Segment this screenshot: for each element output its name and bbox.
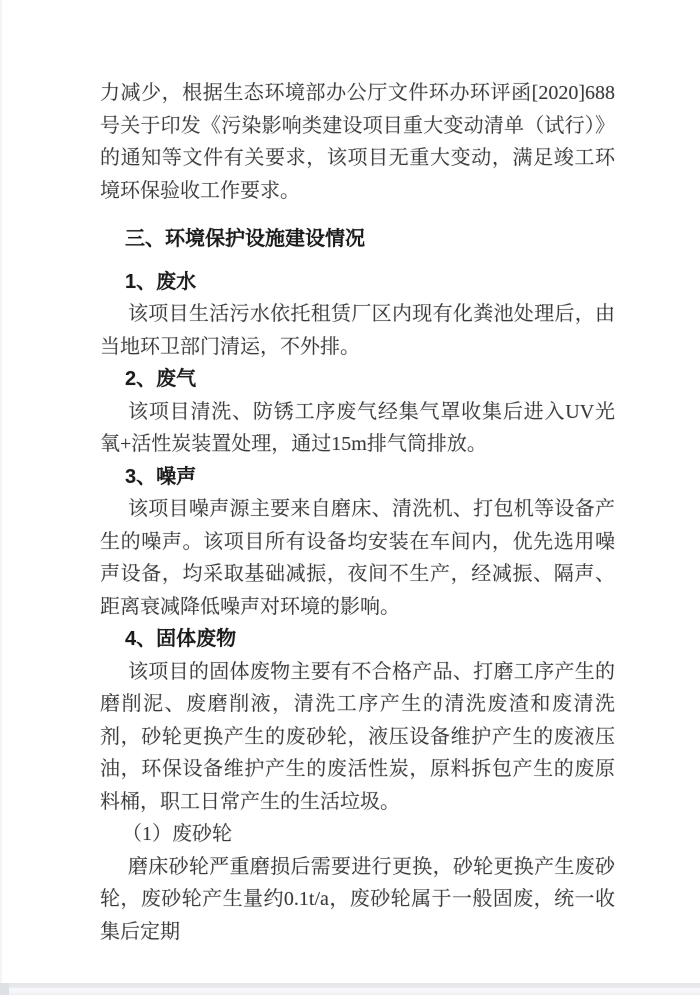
subsection-heading-solid-waste: 4、固体废物 <box>100 623 615 656</box>
subsection-body-wastewater: 该项目生活污水依托租赁厂区内现有化粪池处理后，由当地环卫部门清运，不外排。 <box>100 298 615 363</box>
document-page: 力减少，根据生态环境部办公厅文件环办环评函[2020]688 号关于印发《污染影… <box>0 0 700 995</box>
subsection-body-waste-gas: 该项目清洗、防锈工序废气经集气罩收集后进入UV光氧+活性炭装置处理，通过15m排… <box>100 396 615 461</box>
paragraph-intro-continued: 力减少，根据生态环境部办公厅文件环办环评函[2020]688 号关于印发《污染影… <box>100 77 615 207</box>
subsection-body-noise: 该项目噪声源主要来自磨床、清洗机、打包机等设备产生的噪声。该项目所有设备均安装在… <box>100 493 615 623</box>
section-heading-env-protection-facilities: 三、环境保护设施建设情况 <box>100 223 615 256</box>
page-bottom-corner-mark <box>0 983 9 995</box>
page-bottom-edge-band <box>0 983 700 995</box>
subsection-heading-noise: 3、噪声 <box>100 461 615 494</box>
document-content: 力减少，根据生态环境部办公厅文件环办环评函[2020]688 号关于印发《污染影… <box>100 77 615 948</box>
subsection-heading-wastewater: 1、废水 <box>100 266 615 299</box>
item-heading-waste-grinding-wheel: （1）废砂轮 <box>100 818 615 851</box>
page-left-edge-shadow <box>0 0 3 995</box>
subsection-body-solid-waste: 该项目的固体废物主要有不合格产品、打磨工序产生的磨削泥、废磨削液，清洗工序产生的… <box>100 656 615 819</box>
item-body-waste-grinding-wheel: 磨床砂轮严重磨损后需要进行更换，砂轮更换产生废砂轮，废砂轮产生量约0.1t/a，… <box>100 851 615 949</box>
subsection-heading-waste-gas: 2、废气 <box>100 363 615 396</box>
